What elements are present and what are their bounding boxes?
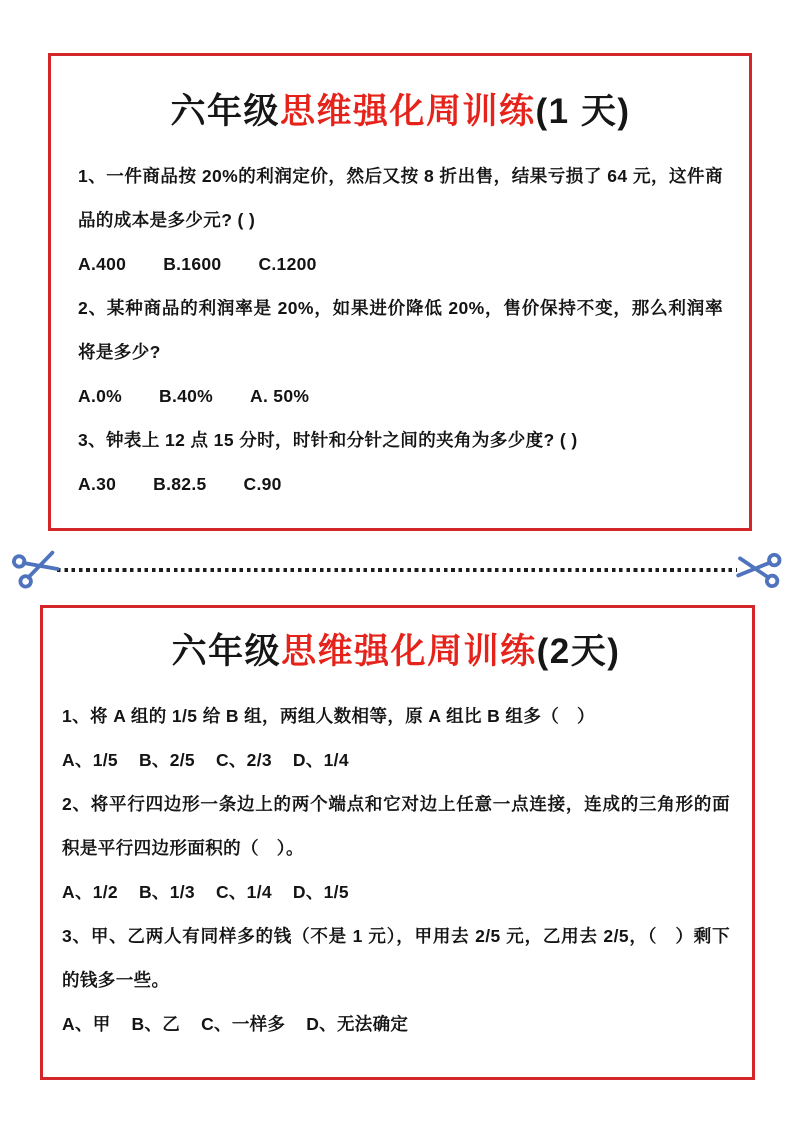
question-text: 1、一件商品按 20%的利润定价，然后又按 8 折出售，结果亏损了 64 元，这… xyxy=(78,154,723,242)
title-day-text: (2天) xyxy=(537,632,621,671)
title-day-text: (1 天) xyxy=(536,92,631,131)
option: C.90 xyxy=(244,462,282,506)
option: B.40% xyxy=(159,374,213,418)
options-row: A.0% B.40% A. 50% xyxy=(78,374,723,418)
option: D、无法确定 xyxy=(306,1002,408,1046)
option: B、1/3 xyxy=(139,870,195,914)
option: D、1/4 xyxy=(293,738,349,782)
option: A.30 xyxy=(78,462,116,506)
option: C、1/4 xyxy=(216,870,272,914)
option: A、1/5 xyxy=(62,738,118,782)
options-row: A、甲 B、乙 C、一样多 D、无法确定 xyxy=(62,1002,730,1046)
section-title: 六年级思维强化周训练(1 天) xyxy=(78,90,723,134)
option: A、1/2 xyxy=(62,870,118,914)
section-title: 六年级思维强化周训练(2天) xyxy=(62,630,730,674)
options-row: A.30 B.82.5 C.90 xyxy=(78,462,723,506)
question-text: 2、将平行四边形一条边上的两个端点和它对边上任意一点连接，连成的三角形的面积是平… xyxy=(62,782,730,870)
option: B.82.5 xyxy=(153,462,206,506)
option: A.400 xyxy=(78,242,126,286)
worksheet-box-day2: 六年级思维强化周训练(2天) 1、将 A 组的 1/5 给 B 组，两组人数相等… xyxy=(40,605,755,1080)
title-highlight-text: 思维强化周训练 xyxy=(281,632,537,671)
option: C.1200 xyxy=(258,242,316,286)
options-row: A、1/5 B、2/5 C、2/3 D、1/4 xyxy=(62,738,730,782)
cut-here-divider xyxy=(0,544,793,596)
scissors-icon xyxy=(8,541,64,593)
title-grade-text: 六年级 xyxy=(170,92,280,131)
option: D、1/5 xyxy=(293,870,349,914)
scissors-icon xyxy=(734,547,784,592)
option: C、一样多 xyxy=(201,1002,285,1046)
dotted-cut-line xyxy=(57,568,737,572)
option: A. 50% xyxy=(250,374,309,418)
question-text: 2、某种商品的利润率是 20%，如果进价降低 20%，售价保持不变，那么利润率将… xyxy=(78,286,723,374)
worksheet-box-day1: 六年级思维强化周训练(1 天) 1、一件商品按 20%的利润定价，然后又按 8 … xyxy=(48,53,752,531)
option: C、2/3 xyxy=(216,738,272,782)
option: A.0% xyxy=(78,374,122,418)
question-text: 3、钟表上 12 点 15 分时，时针和分针之间的夹角为多少度? ( ) xyxy=(78,418,723,462)
title-highlight-text: 思维强化周训练 xyxy=(280,92,536,131)
options-row: A.400 B.1600 C.1200 xyxy=(78,242,723,286)
option: A、甲 xyxy=(62,1002,111,1046)
question-text: 1、将 A 组的 1/5 给 B 组，两组人数相等，原 A 组比 B 组多（ ） xyxy=(62,694,730,738)
option: B、2/5 xyxy=(139,738,195,782)
options-row: A、1/2 B、1/3 C、1/4 D、1/5 xyxy=(62,870,730,914)
option: B.1600 xyxy=(163,242,221,286)
question-text: 3、甲、乙两人有同样多的钱（不是 1 元），甲用去 2/5 元，乙用去 2/5，… xyxy=(62,914,730,1002)
title-grade-text: 六年级 xyxy=(172,632,282,671)
option: B、乙 xyxy=(132,1002,181,1046)
